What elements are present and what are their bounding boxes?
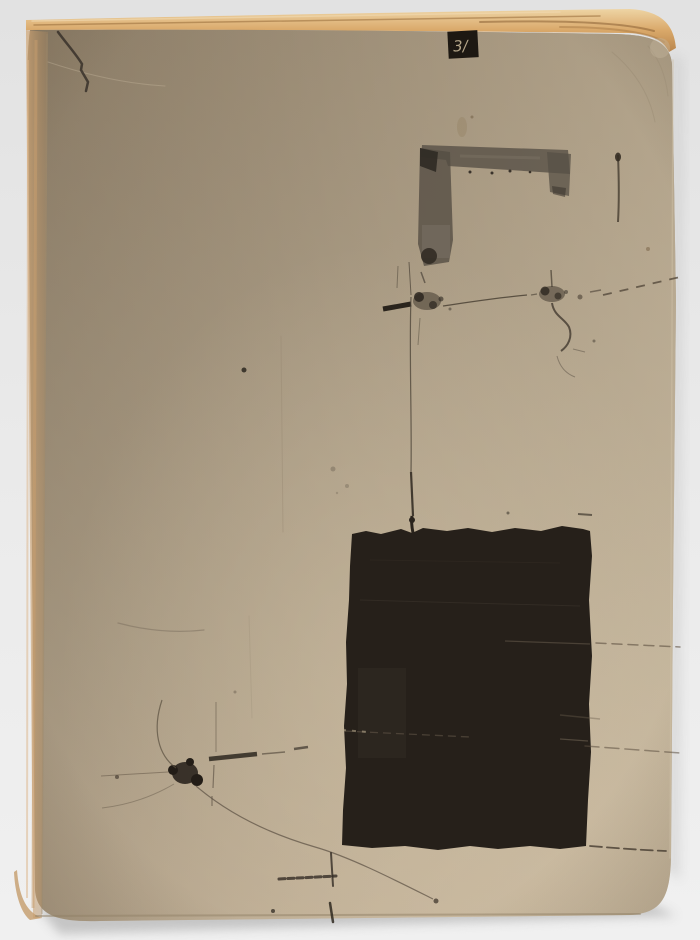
black-rectangle: [342, 512, 600, 851]
book-photograph: 3/: [0, 0, 700, 940]
photo-canvas: 3/: [0, 0, 700, 940]
edition-stamp: 3/: [447, 30, 478, 59]
